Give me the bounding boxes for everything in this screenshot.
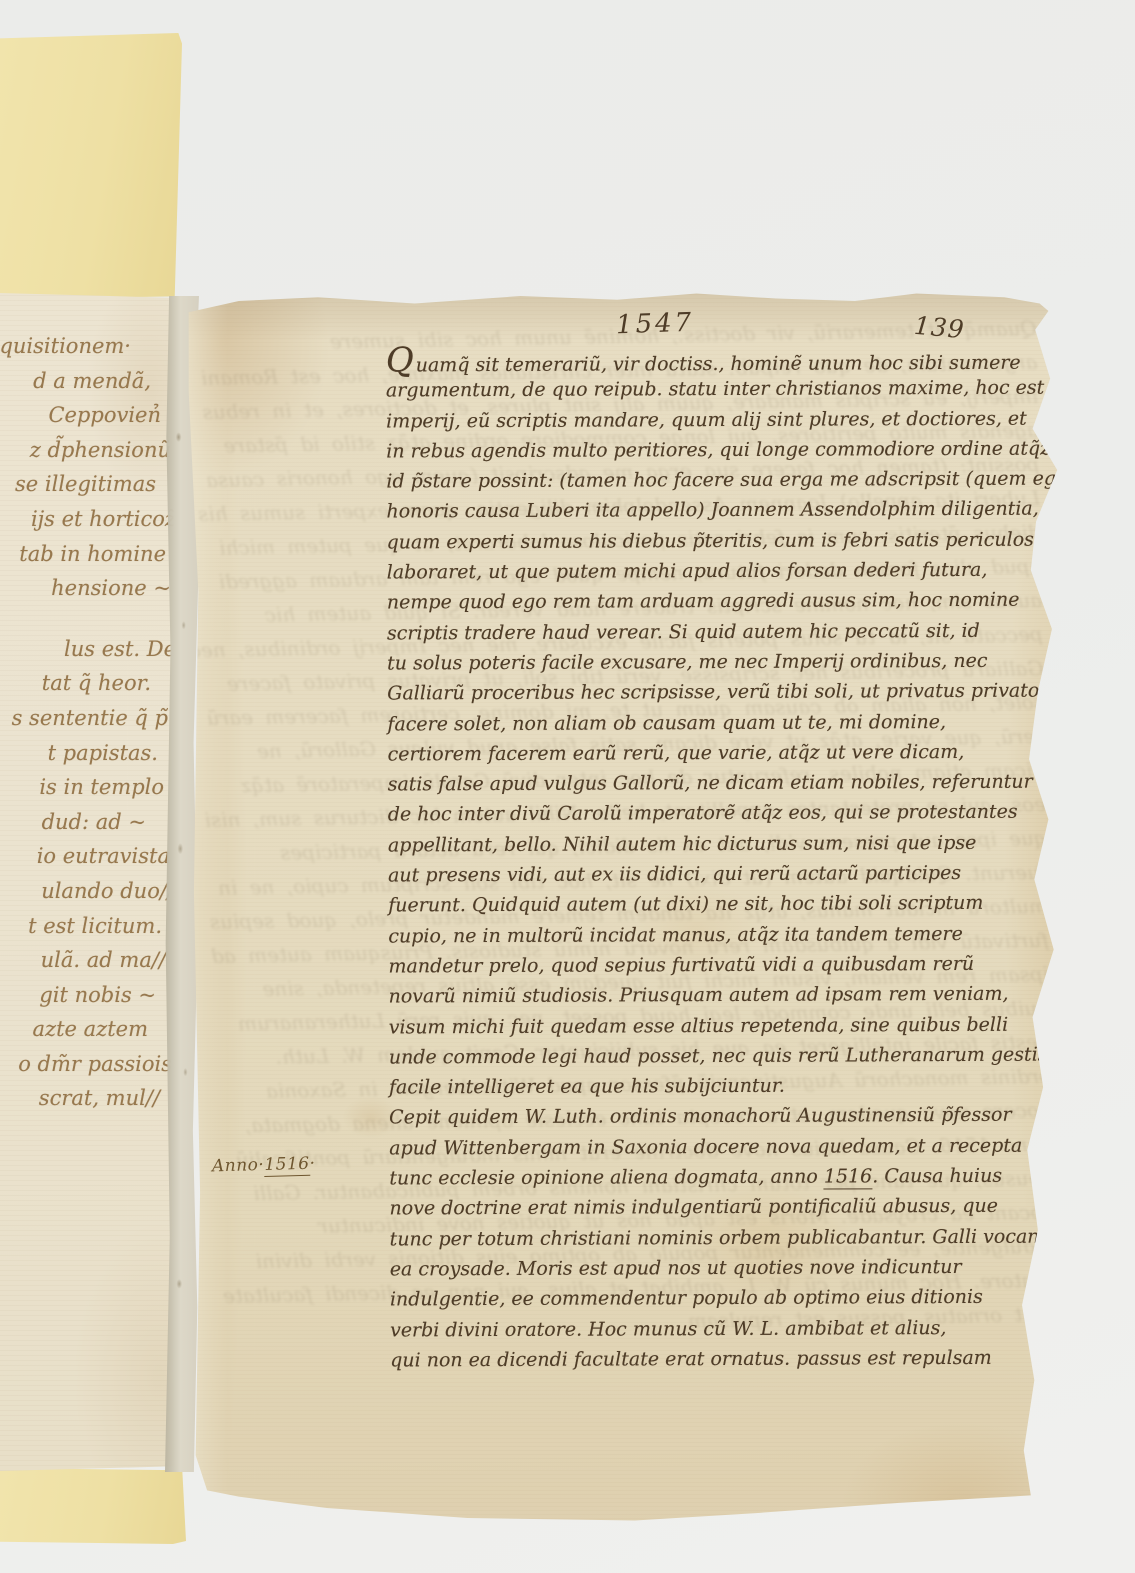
manuscript-text-line: verbi divini oratore. Hoc munus cũ W. L.… [390,1312,1050,1345]
photograph-backdrop: quisitionem·d a mendã,Ceppovien̉z d̃phen… [0,0,1135,1573]
manuscript-text-line: quam experti sumus his diebus p̃teritis,… [387,524,1047,557]
left-fragment-text-line: lus est. De [0,632,176,667]
left-fragment-text-line: t papistas. [0,736,176,771]
manuscript-text-line: laboraret, ut que putem michi apud alios… [387,555,1047,588]
manuscript-text-line: satis false apud vulgus Gallorũ, ne dica… [388,767,1048,800]
manuscript-text-line: appellitant, bello. Nihil autem hic dict… [388,827,1048,860]
manuscript-text-line: id p̃stare possint: (tamen hoc facere su… [386,464,1046,497]
manuscript-text-line: fuerunt. Quidquid autem (ut dixi) ne sit… [388,888,1048,921]
main-text-block: Quamq̃ sit temerariũ, vir doctiss., homi… [386,343,1050,1376]
manuscript-text-line: ea croysade. Moris est apud nos ut quoti… [390,1251,1050,1284]
manuscript-text-line: honoris causa Luberi ita appello) Joanne… [386,494,1046,527]
manuscript-text-line: apud Wittenbergam in Saxonia docere nova… [389,1130,1049,1163]
manuscript-text-line: visum michi fuit quedam esse altius repe… [389,1009,1049,1042]
folder-cover-top [0,33,182,299]
manuscript-text-line: imperij, eũ scriptis mandare, quum alij … [386,403,1046,436]
manuscript-text-line: tunc per totum christiani nominis orbem … [390,1221,1050,1254]
manuscript-text-line: de hoc inter divũ Carolũ imperatorẽ atq̃… [388,797,1048,830]
left-fragment-text-line: o dm̃r passiois [0,1047,176,1082]
left-fragment-text-line: io eutravista [0,839,176,874]
manuscript-text-line: tunc ecclesie opinione aliena dogmata, a… [389,1161,1049,1194]
manuscript-text-line: facile intelligeret ea que his subijciun… [389,1070,1049,1103]
manuscript-text-line: indulgentie, ee commendentur populo ab o… [390,1282,1050,1315]
manuscript-text-line: in rebus agendis multo peritiores, qui l… [386,433,1046,466]
manuscript-text-line: nempe quod ego rem tam arduam aggredi au… [387,585,1047,618]
underlined-year: 1516 [264,1154,310,1177]
manuscript-text-line: cupio, ne in multorũ incidat manus, atq̃… [388,918,1048,951]
left-fragment-text-line: azte aztem [0,1012,176,1047]
left-fragment-text-line: ulã. ad ma// [0,943,176,978]
left-fragment-text-line: se illegitimas [0,467,176,502]
underlined-year: 1516 [824,1165,872,1189]
left-fragment-text-line: ijs et horticoz̃ [0,502,176,537]
left-fragment-text-line: s sententie q̃ p̃ [0,701,176,736]
manuscript-text-line: facere solet, non aliam ob causam quam u… [387,706,1047,739]
folder-cover-bottom [0,1468,186,1544]
left-fragment-text-line: d a mendã, [0,364,176,399]
manuscript-text-line: argumentum, de quo reipub. statu inter c… [386,373,1046,406]
manuscript-text-line: Quamq̃ sit temerariũ, vir doctiss., homi… [386,343,1046,376]
manuscript-text-line: scriptis tradere haud verear. Si quid au… [387,615,1047,648]
manuscript-text-line: tu solus poteris facile excusare, me nec… [387,646,1047,679]
left-fragment-text-line: quisitionem· [0,329,176,364]
manuscript-text-line: novarũ nimiũ studiosis. Priusquam autem … [389,979,1049,1012]
manuscript-text-line: Cepit quidem W. Luth. ordinis monachorũ … [389,1100,1049,1133]
left-fragment-text-line: z d̃phensionũ [0,433,176,468]
manuscript-text-line: qui non ea dicendi facultate erat ornatu… [390,1342,1050,1375]
manuscript-page: Quamq̃ sit temerariũ, vir doctiss., homi… [186,291,1066,1543]
left-page-fragment: quisitionem·d a mendã,Ceppovien̉z d̃phen… [0,293,176,1471]
folio-number: 139 [913,311,966,344]
manuscript-text-line: Galliarũ proceribus hec scripsisse, verũ… [387,676,1047,709]
left-fragment-text-line: git nobis ~ [0,978,176,1013]
left-fragment-text-line: dud: ad ~ [0,805,176,840]
manuscript-text-line: aut presens vidi, aut ex iis didici, qui… [388,858,1048,891]
manuscript-text-line: mandetur prelo, quod sepius furtivatũ vi… [388,948,1048,981]
manuscript-text-line: nove doctrine erat nimis indulgentiarũ p… [389,1191,1049,1224]
left-fragment-text-line: hensione ~ [0,571,176,606]
manuscript-text-line: unde commode legi haud posset, nec quis … [389,1039,1049,1072]
left-fragment-text-line: tab in homine [0,537,176,572]
left-fragment-text-line: ulando duo// [0,874,176,909]
left-fragment-text-line: is in templo [0,770,176,805]
manuscript-text-line: certiorem facerem earũ rerũ, que varie, … [387,736,1047,769]
year-heading: 1547 [616,308,695,341]
left-fragment-text-line: scrat, mul// [0,1081,176,1116]
left-page-text: quisitionem·d a mendã,Ceppovien̉z d̃phen… [0,329,176,1116]
left-fragment-text-line: tat q̃ heor. [0,666,176,701]
left-fragment-text-line: Ceppovien̉ [0,398,176,433]
margin-note-anno: Anno·1516· [212,1154,316,1177]
left-fragment-text-line: t est licitum. [0,909,176,944]
